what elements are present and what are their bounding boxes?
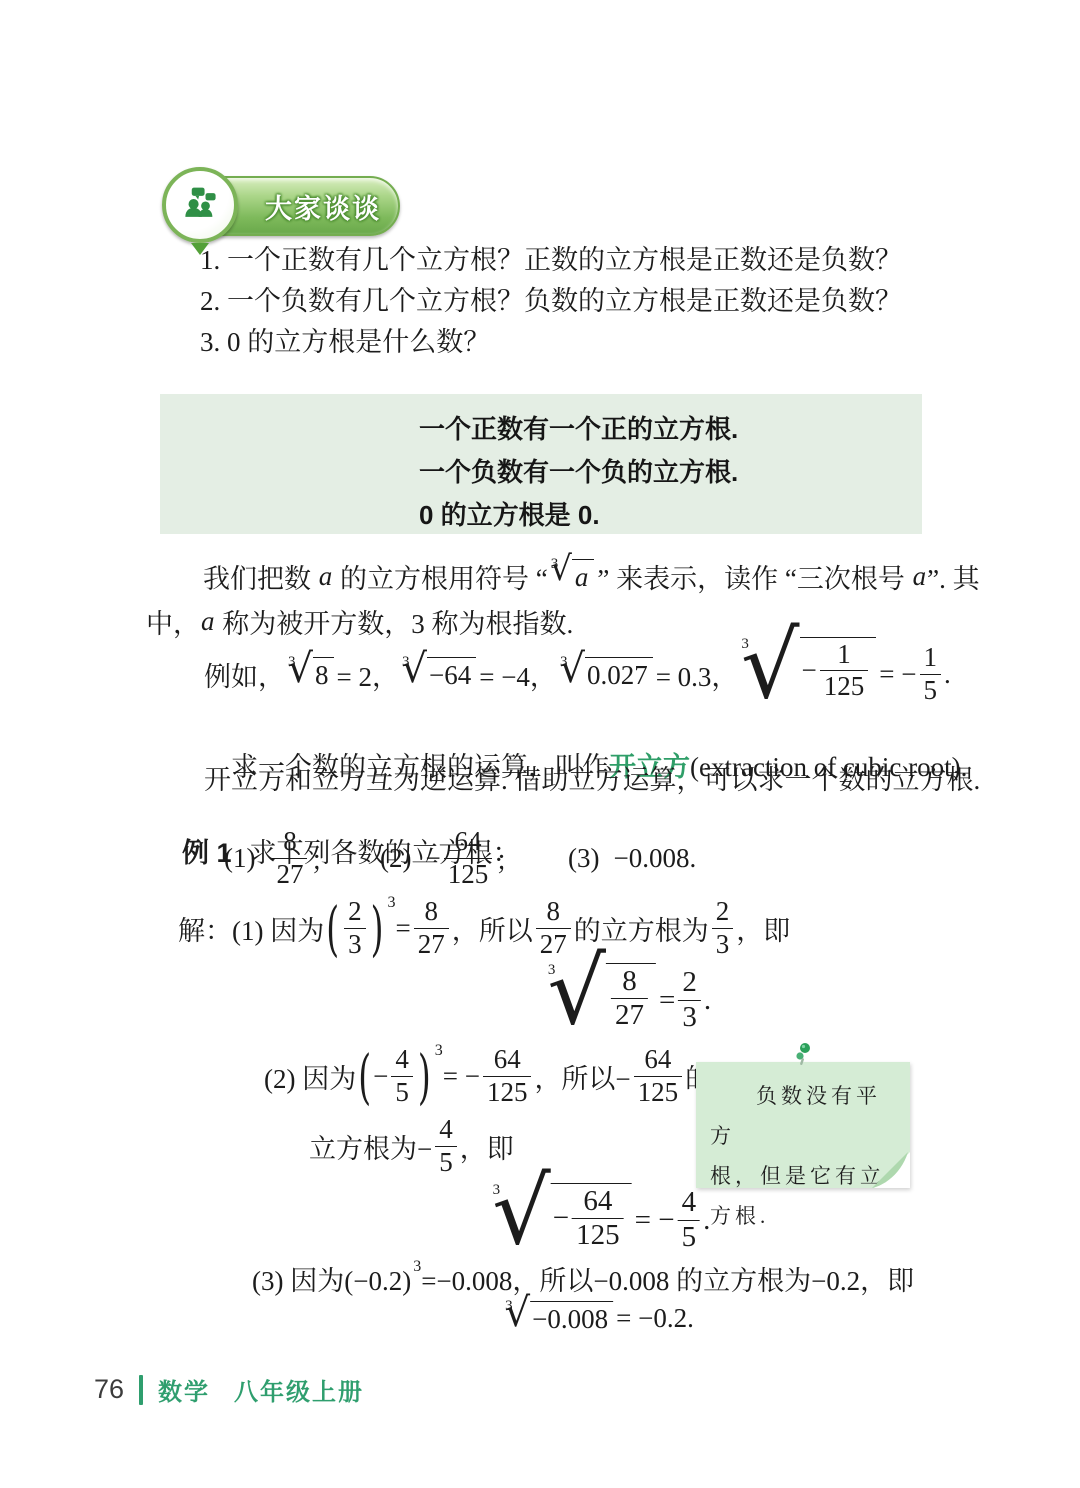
- summary-box: 一个正数有一个正的立方根. 一个负数有一个负的立方根. 0 的立方根是 0.: [160, 394, 922, 534]
- fraction-numerator: 2: [344, 897, 366, 927]
- exponent: 3: [435, 1042, 443, 1060]
- page-curl-icon: [872, 1150, 910, 1188]
- fraction-numerator: 2: [678, 967, 701, 999]
- fraction: 23: [344, 897, 366, 958]
- math-result: = −0.2.: [616, 1303, 694, 1334]
- radicand: 0.027: [585, 657, 653, 691]
- text-segment: 中，: [146, 602, 200, 641]
- fraction: 827: [272, 827, 307, 888]
- fraction-numerator: 64: [444, 827, 493, 857]
- left-paren: (: [326, 893, 339, 963]
- minus-sign: −: [425, 843, 440, 874]
- equation-2: 3√−64125= −45.: [490, 1174, 711, 1266]
- text-segment: 立方根为−: [309, 1127, 432, 1166]
- fraction: 64125: [444, 827, 493, 888]
- equals-sign: = −: [443, 1061, 480, 1092]
- radicand: −0.008: [530, 1301, 613, 1335]
- equation-1: 3√827=23.: [545, 956, 711, 1044]
- summary-line: 一个正数有一个正的立方根.: [419, 408, 922, 451]
- punctuation: ；: [310, 839, 337, 878]
- minus-sign: −: [553, 1202, 569, 1235]
- root-index: 3: [505, 1299, 513, 1314]
- summary-line: 0 的立方根是 0.: [419, 494, 922, 537]
- fraction: 45: [678, 1187, 701, 1253]
- math-variable: a: [912, 561, 928, 592]
- inverse-operation-line: 开立方和立方互为逆运算. 借助立方运算，可以求一个数的立方根.: [204, 758, 980, 797]
- radicand: a: [572, 559, 595, 593]
- problem-item-1: (1)827；: [224, 826, 337, 890]
- solution-line-2a: (2) 因为(−45)3= −64125，所以−64125的: [264, 1038, 712, 1114]
- problem-item-3: (3)−0.008.: [568, 826, 696, 890]
- text-segment: .: [944, 659, 951, 690]
- problem-tag: (1): [224, 843, 255, 874]
- text-segment: (2) 因为: [264, 1057, 356, 1096]
- equals-sign: =: [395, 913, 410, 944]
- cube-root: 3√−1125: [741, 637, 876, 712]
- punctuation: .: [703, 1204, 710, 1237]
- radical-sign: √: [492, 1166, 551, 1258]
- sticky-note: 负数没有平方 根，但是它有立 方根.: [696, 1062, 910, 1188]
- fraction-numerator: 64: [634, 1045, 683, 1075]
- equals-sign: =: [659, 984, 675, 1017]
- fraction-numerator: 1: [920, 643, 942, 673]
- text-segment: (3) 因为(−0.2): [252, 1259, 411, 1298]
- text-segment: ，所以−: [534, 1057, 630, 1096]
- punctuation: ；: [495, 839, 522, 878]
- fraction-denominator: 5: [678, 1220, 701, 1253]
- fraction: 64125: [572, 1186, 624, 1252]
- root-index: 3: [548, 963, 556, 978]
- fraction-numerator: 64: [572, 1186, 624, 1218]
- problem-value: −0.008.: [613, 843, 696, 874]
- cube-root: 3√a: [551, 559, 595, 593]
- math-result: = 0.3，: [656, 655, 739, 694]
- fraction-numerator: 4: [435, 1115, 457, 1145]
- fraction-numerator: 8: [414, 897, 449, 927]
- problem-item-2: (2)−64125；: [380, 826, 522, 890]
- text-segment: 例如，: [204, 655, 285, 694]
- text-segment: 我们把数: [203, 557, 318, 596]
- badge-circle: [162, 167, 238, 243]
- radicand: −64125: [551, 1183, 632, 1252]
- left-paren: (: [358, 1041, 371, 1111]
- cube-root: 3√−0.008: [505, 1301, 613, 1335]
- text-segment: ” 来表示，读作 “三次根号: [597, 557, 911, 596]
- radical-sign: √: [741, 620, 800, 712]
- root-index: 3: [551, 557, 559, 572]
- root-index: 3: [402, 655, 410, 670]
- right-paren: ): [418, 1041, 431, 1111]
- textbook-page: 大家谈谈 1. 一个正数有几个立方根？正数的立方根是正数还是负数？ 2. 一个负…: [0, 0, 1080, 1488]
- radicand: −64: [427, 657, 476, 691]
- fraction-denominator: 125: [483, 1076, 532, 1107]
- question-item: 2. 一个负数有几个立方根？负数的立方根是正数还是负数？: [200, 281, 902, 322]
- examples-line: 例如，3√8= 2，3√−64= −4，3√0.027= 0.3，3√−1125…: [204, 632, 951, 716]
- radicand: −1125: [800, 637, 877, 701]
- minus-sign: −: [373, 1061, 388, 1092]
- fraction: 15: [920, 643, 942, 704]
- math-result: = 2，: [337, 655, 399, 694]
- text-segment: ，所以: [452, 909, 533, 948]
- root-index: 3: [560, 655, 568, 670]
- math-result: = −4，: [479, 655, 557, 694]
- cube-root: 3√8: [288, 657, 334, 691]
- fraction-denominator: 5: [920, 674, 942, 705]
- exponent: 3: [387, 894, 395, 912]
- fraction-denominator: 125: [634, 1076, 683, 1107]
- text-segment: 的立方根用符号 “: [333, 557, 547, 596]
- fraction-numerator: 1: [820, 640, 869, 670]
- subject-name: 数学: [158, 1379, 210, 1406]
- equals-sign: = −: [879, 659, 916, 690]
- radicand: 8: [313, 657, 334, 691]
- text-segment: ，即: [736, 909, 790, 948]
- note-text: 负数没有平方 根，但是它有立 方根.: [696, 1062, 910, 1236]
- cube-root: 3√0.027: [560, 657, 653, 691]
- fraction: 1125: [820, 640, 869, 701]
- problem-tag: (3): [568, 843, 599, 874]
- solution-line-1: 解：(1) 因为(23)3=827，所以827的立方根为23，即: [178, 890, 790, 966]
- fraction-denominator: 27: [272, 858, 307, 889]
- note-line: 方根.: [710, 1196, 898, 1236]
- fraction-denominator: 27: [611, 998, 648, 1031]
- fraction-numerator: 8: [611, 966, 648, 998]
- summary-line: 一个负数有一个负的立方根.: [419, 451, 922, 494]
- question-item: 1. 一个正数有几个立方根？正数的立方根是正数还是负数？: [200, 240, 902, 281]
- fraction: 64125: [483, 1045, 532, 1106]
- right-paren: ): [371, 893, 384, 963]
- fraction-numerator: 4: [391, 1045, 413, 1075]
- fraction-numerator: 4: [678, 1187, 701, 1219]
- fraction-numerator: 8: [272, 827, 307, 857]
- fraction-denominator: 125: [444, 858, 493, 889]
- intro-line-1: 我们把数 a 的立方根用符号 “3√a” 来表示，读作 “三次根号 a”. 其: [146, 550, 980, 602]
- discussion-questions: 1. 一个正数有几个立方根？正数的立方根是正数还是负数？ 2. 一个负数有几个立…: [200, 240, 902, 363]
- radical-sign: √: [547, 946, 606, 1038]
- fraction-numerator: 8: [536, 897, 571, 927]
- people-discussion-icon: [178, 183, 222, 227]
- fraction-denominator: 27: [414, 928, 449, 959]
- section-badge: 大家谈谈: [168, 176, 400, 236]
- fraction-numerator: 2: [712, 897, 734, 927]
- text-segment: =−0.008，所以−0.008 的立方根为−0.2，即: [421, 1259, 914, 1298]
- page-footer: 76 数学八年级上册: [94, 1372, 364, 1407]
- fraction-denominator: 5: [435, 1146, 457, 1177]
- footer-divider: [139, 1375, 143, 1405]
- fraction: 23: [712, 897, 734, 958]
- note-line: 负数没有平方: [710, 1076, 898, 1156]
- volume-name: 八年级上册: [234, 1379, 364, 1406]
- cube-root: 3√−64125: [493, 1183, 632, 1258]
- equation-3: 3√−0.008= −0.2.: [502, 1294, 694, 1342]
- fraction: 827: [611, 966, 648, 1032]
- root-index: 3: [288, 655, 296, 670]
- fraction-denominator: 3: [712, 928, 734, 959]
- fraction: 23: [678, 967, 701, 1033]
- question-item: 3. 0 的立方根是什么数？: [200, 322, 902, 363]
- fraction-denominator: 125: [820, 670, 869, 701]
- book-title: 数学八年级上册: [158, 1372, 364, 1407]
- cube-root: 3√827: [548, 963, 656, 1038]
- note-line: 根，但是它有立: [710, 1156, 898, 1196]
- fraction: 45: [435, 1115, 457, 1176]
- root-index: 3: [741, 637, 749, 652]
- fraction-denominator: 125: [572, 1218, 624, 1251]
- punctuation: .: [704, 984, 711, 1017]
- fraction: 827: [414, 897, 449, 958]
- text-segment: ”. 其: [927, 557, 979, 596]
- math-variable: a: [574, 562, 590, 593]
- fraction-denominator: 3: [678, 1000, 701, 1033]
- radicand: 827: [606, 963, 656, 1032]
- math-variable: a: [318, 561, 334, 592]
- solution-line-3: (3) 因为(−0.2)3=−0.008，所以−0.008 的立方根为−0.2，…: [252, 1258, 914, 1298]
- cube-root: 3√−64: [402, 657, 476, 691]
- fraction-denominator: 3: [344, 928, 366, 959]
- exponent: 3: [413, 1258, 421, 1276]
- minus-sign: −: [802, 655, 817, 686]
- text-segment: 解：(1) 因为: [178, 909, 324, 948]
- badge-title: 大家谈谈: [254, 178, 392, 234]
- solution-line-2b: 立方根为−45，即: [309, 1108, 514, 1184]
- root-index: 3: [493, 1183, 501, 1198]
- fraction-numerator: 64: [483, 1045, 532, 1075]
- fraction-denominator: 5: [391, 1076, 413, 1107]
- equals-sign: = −: [635, 1204, 675, 1237]
- page-number: 76: [94, 1374, 124, 1405]
- pushpin-icon: [791, 1042, 815, 1068]
- fraction: 64125: [634, 1045, 683, 1106]
- fraction: 45: [391, 1045, 413, 1106]
- problem-tag: (2): [380, 843, 411, 874]
